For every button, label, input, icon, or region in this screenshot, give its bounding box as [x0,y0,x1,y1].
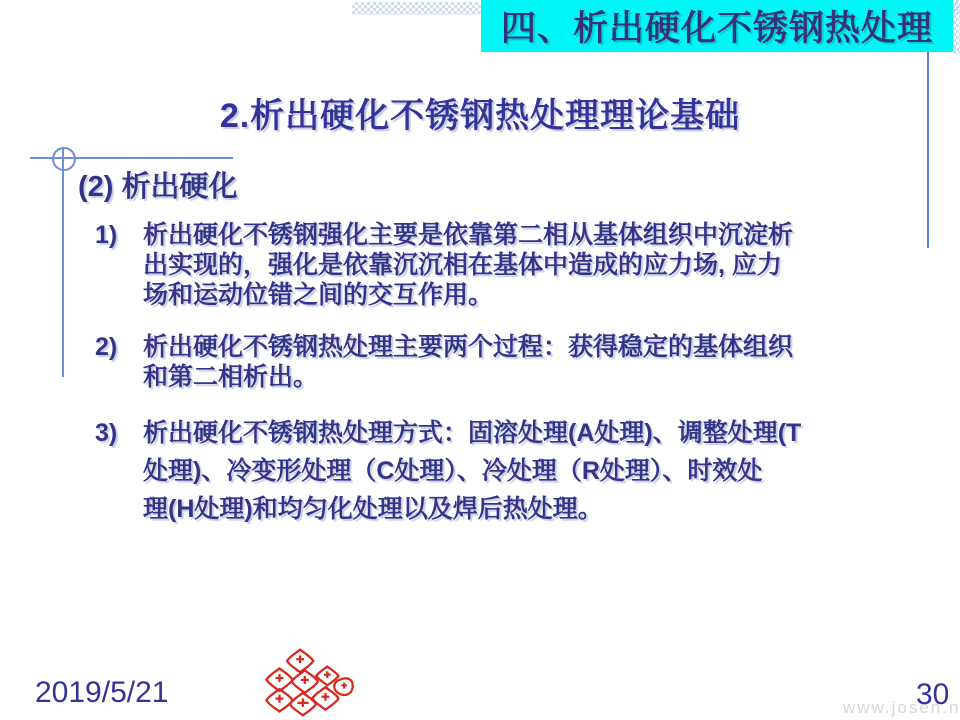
list-item-text: 析出硬化不锈钢强化主要是依靠第二相从基体组织中沉淀析 出实现的，强化是依靠沉沉相… [143,220,793,310]
checkered-ribbon-edge [953,0,960,55]
list-item: 1) 析出硬化不锈钢强化主要是依靠第二相从基体组织中沉淀析 出实现的，强化是依靠… [95,220,875,310]
list-item-number: 3) [95,414,143,528]
list-item: 3) 析出硬化不锈钢热处理方式：固溶处理(A处理)、调整处理(T 处理)、冷变形… [95,414,875,528]
slide-date: 2019/5/21 [35,676,168,710]
institute-brocade-logo-icon [262,645,357,720]
page-number: 30 [916,678,949,712]
list-item: 2) 析出硬化不锈钢热处理主要两个过程：获得稳定的基体组织 和第二相析出。 [95,332,875,392]
list-item-text: 析出硬化不锈钢热处理方式：固溶处理(A处理)、调整处理(T 处理)、冷变形处理（… [143,414,801,528]
banner-hanging-rule [927,52,929,248]
page-title: 2.析出硬化不锈钢热处理理论基础 [0,88,960,137]
chapter-banner-title: 四、析出硬化不锈钢热处理 [501,1,933,51]
chapter-banner: 四、析出硬化不锈钢热处理 [481,0,953,52]
list-item-number: 1) [95,220,143,310]
list-item-text: 析出硬化不锈钢热处理主要两个过程：获得稳定的基体组织 和第二相析出。 [143,332,793,392]
section-heading: (2) 析出硬化 [78,164,238,205]
deco-vertical-line [62,149,64,377]
list-item-number: 2) [95,332,143,392]
body-list: 1) 析出硬化不锈钢强化主要是依靠第二相从基体组织中沉淀析 出实现的，强化是依靠… [95,220,875,550]
registration-mark-icon [52,147,76,171]
